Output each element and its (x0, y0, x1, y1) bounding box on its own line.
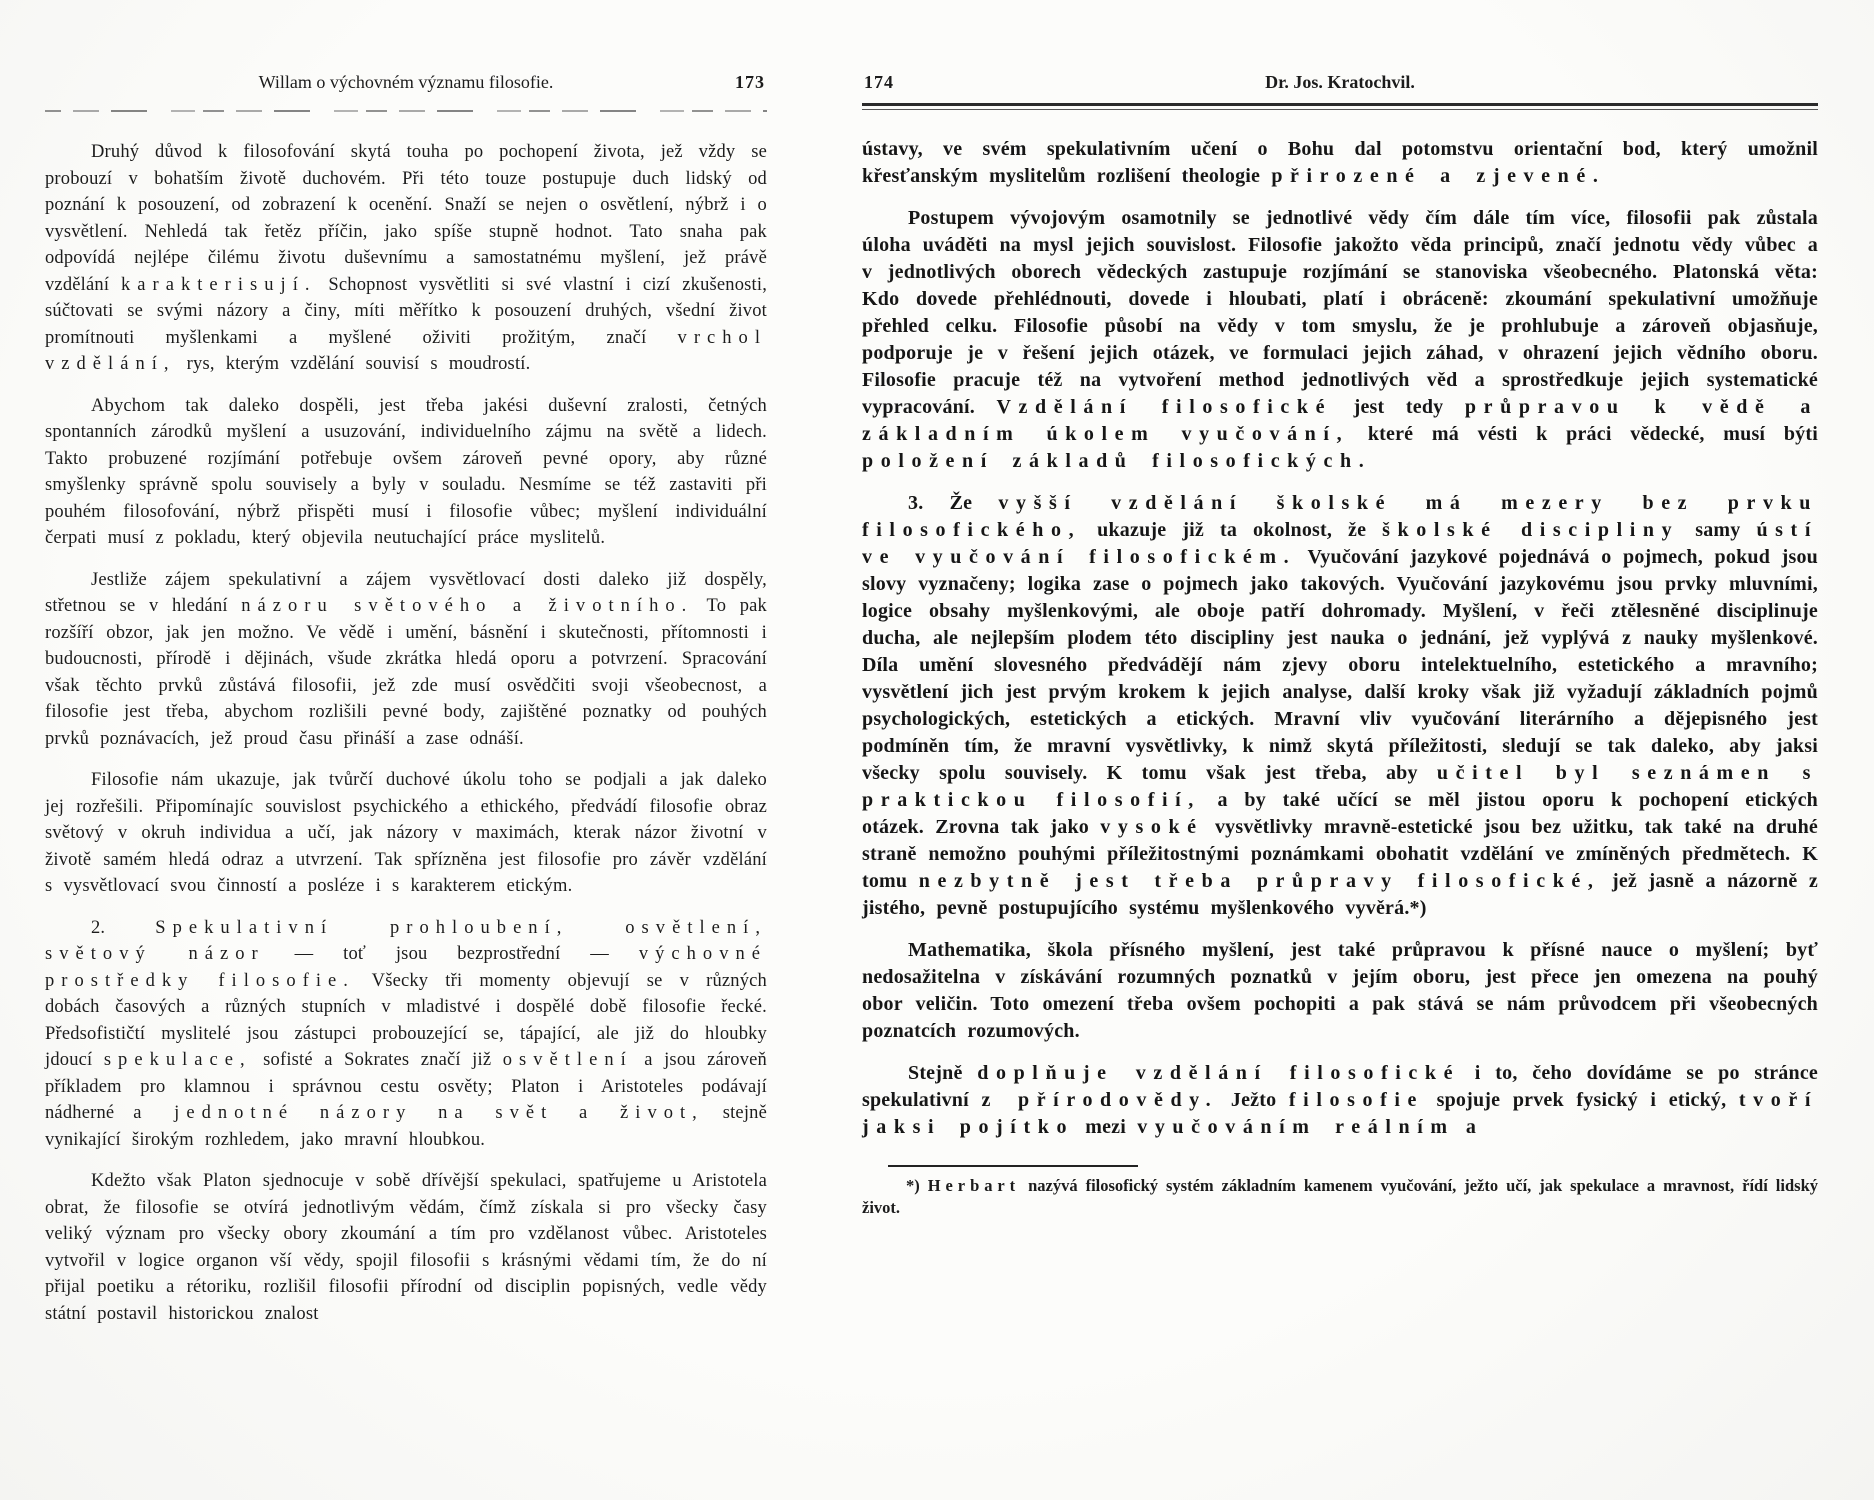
right-page-body: ústavy, ve svém spekulativním učení o Bo… (862, 136, 1818, 1141)
running-title-left: Willam o výchovném významu filosofie. (259, 72, 554, 92)
paragraph: Kdežto však Platon sjednocuje v sobě dří… (45, 1168, 767, 1327)
page-number-left: 173 (735, 72, 765, 93)
paragraph: 3. Že vyšší vzdělání školské má mezery b… (862, 490, 1818, 922)
left-page-header: Willam o výchovném významu filosofie. 17… (45, 72, 767, 98)
paragraph: Jestliže zájem spekulativní a zájem vysv… (45, 567, 767, 753)
header-rule-left (45, 108, 767, 113)
left-page-body: Druhý důvod k filosofování skytá touha p… (45, 139, 767, 1327)
left-page: Willam o výchovném významu filosofie. 17… (45, 72, 767, 1342)
paragraph: 2. Spekulativní prohloubení, osvětlení, … (45, 915, 767, 1154)
right-page-header: 174 Dr. Jos. Kratochvil. (862, 72, 1818, 98)
paragraph: ústavy, ve svém spekulativním učení o Bo… (862, 136, 1818, 190)
paragraph: Druhý důvod k filosofování skytá touha p… (45, 139, 767, 378)
paragraph: Filosofie nám ukazuje, jak tvůrčí duchov… (45, 767, 767, 900)
paragraph: Mathematika, škola přísného myšlení, jes… (862, 937, 1818, 1045)
paragraph: Abychom tak daleko dospěli, jest třeba j… (45, 393, 767, 552)
paragraph: Postupem vývojovým osamotnily se jednotl… (862, 205, 1818, 475)
running-title-right: Dr. Jos. Kratochvil. (1265, 72, 1415, 92)
footnote-rule (888, 1165, 1138, 1167)
header-rule-right (862, 103, 1818, 110)
paragraph: Stejně doplňuje vzdělání filosofické i t… (862, 1060, 1818, 1141)
right-page: 174 Dr. Jos. Kratochvil. ústavy, ve svém… (862, 72, 1818, 1219)
footnote-body: *) Herbart nazývá filosofický systém zák… (862, 1175, 1818, 1219)
page-number-right: 174 (864, 72, 894, 93)
footnote: *) Herbart nazývá filosofický systém zák… (862, 1165, 1818, 1219)
paragraph: *) Herbart nazývá filosofický systém zák… (862, 1175, 1818, 1219)
